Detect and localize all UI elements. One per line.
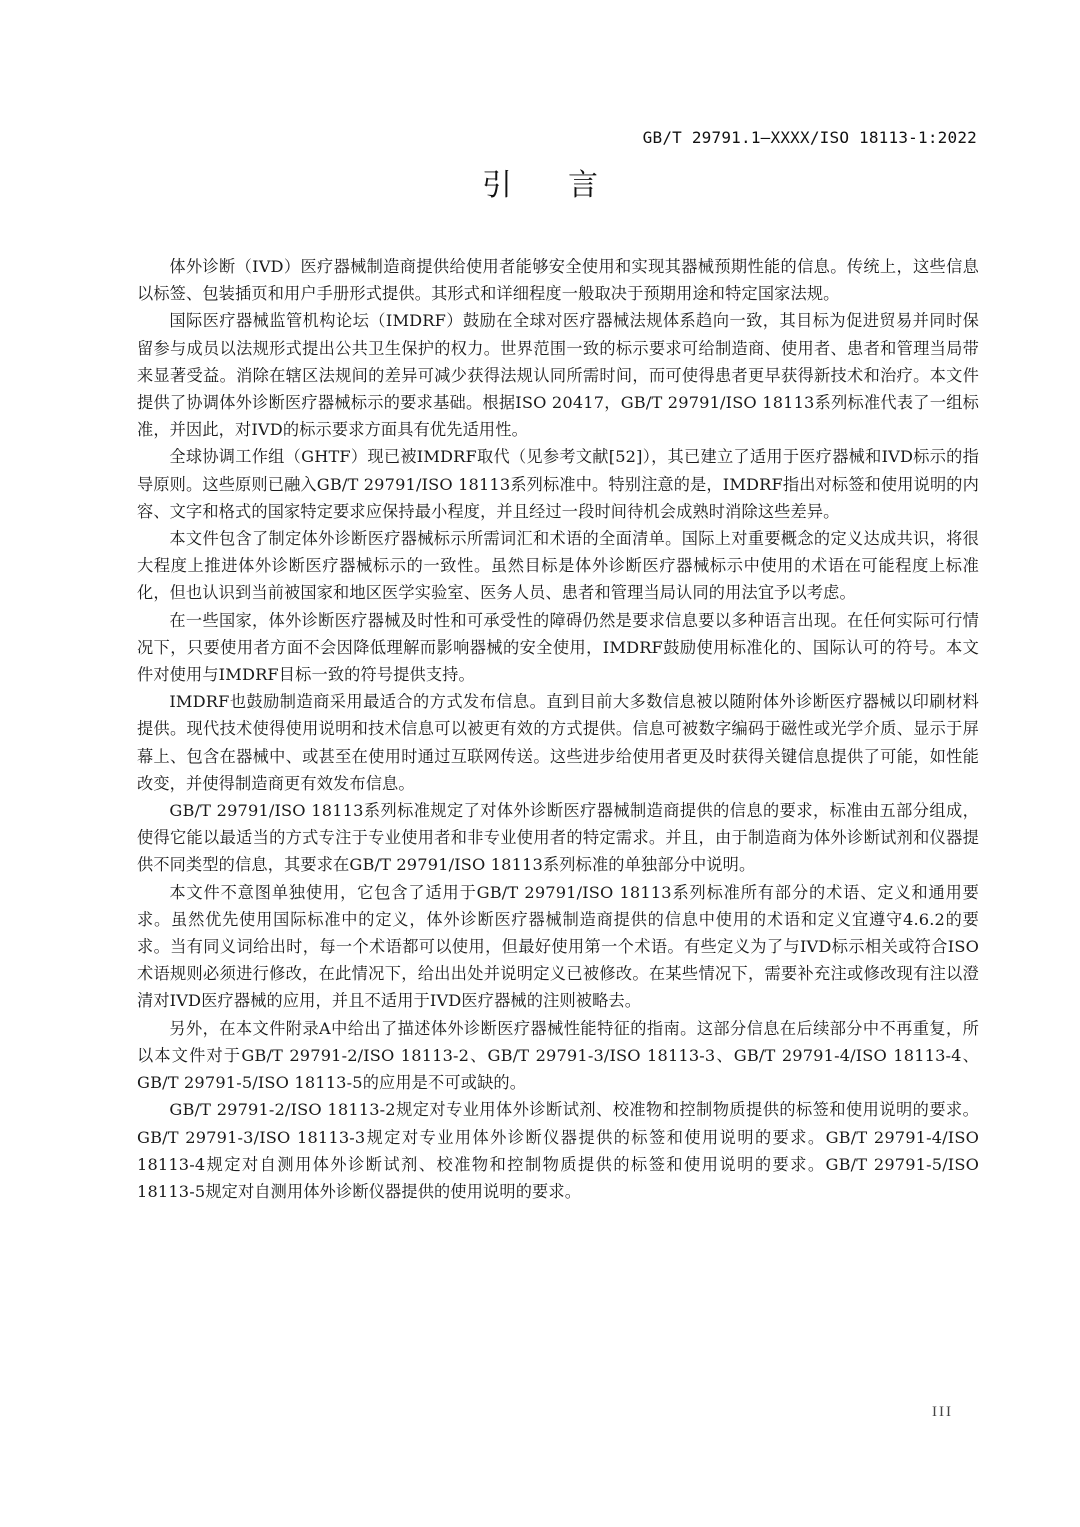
paragraph-imdrf-harmonization: 国际医疗器械监管机构论坛（IMDRF）鼓励在全球对医疗器械法规体系趋向一致，其目… [137, 307, 979, 443]
paragraph-vocabulary: 本文件包含了制定体外诊断医疗器械标示所需词汇和术语的全面清单。国际上对重要概念的… [137, 525, 979, 607]
paragraph-parts-overview: GB/T 29791-2/ISO 18113-2规定对专业用体外诊断试剂、校准物… [137, 1096, 979, 1205]
standard-code-header: GB/T 29791.1—XXXX/ISO 18113-1:2022 [643, 128, 977, 147]
page-number: III [932, 1404, 953, 1421]
paragraph-information-delivery: IMDRF也鼓励制造商采用最适合的方式发布信息。直到目前大多数信息被以随附体外诊… [137, 688, 979, 797]
page-title: 引言 [0, 160, 1080, 204]
document-body: 体外诊断（IVD）医疗器械制造商提供给使用者能够安全使用和实现其器械预期性能的信… [137, 253, 979, 1205]
paragraph-annex-a: 另外，在本文件附录A中给出了描述体外诊断医疗器械性能特征的指南。这部分信息在后续… [137, 1015, 979, 1097]
paragraph-ivd-info: 体外诊断（IVD）医疗器械制造商提供给使用者能够安全使用和实现其器械预期性能的信… [137, 253, 979, 307]
paragraph-ghtf-principles: 全球协调工作组（GHTF）现已被IMDRF取代（见参考文献[52]），其已建立了… [137, 443, 979, 525]
paragraph-symbols: 在一些国家，体外诊断医疗器械及时性和可承受性的障碍仍然是要求信息要以多种语言出现… [137, 607, 979, 689]
paragraph-terms-definitions: 本文件不意图单独使用，它包含了适用于GB/T 29791/ISO 18113系列… [137, 879, 979, 1015]
paragraph-series-structure: GB/T 29791/ISO 18113系列标准规定了对体外诊断医疗器械制造商提… [137, 797, 979, 879]
